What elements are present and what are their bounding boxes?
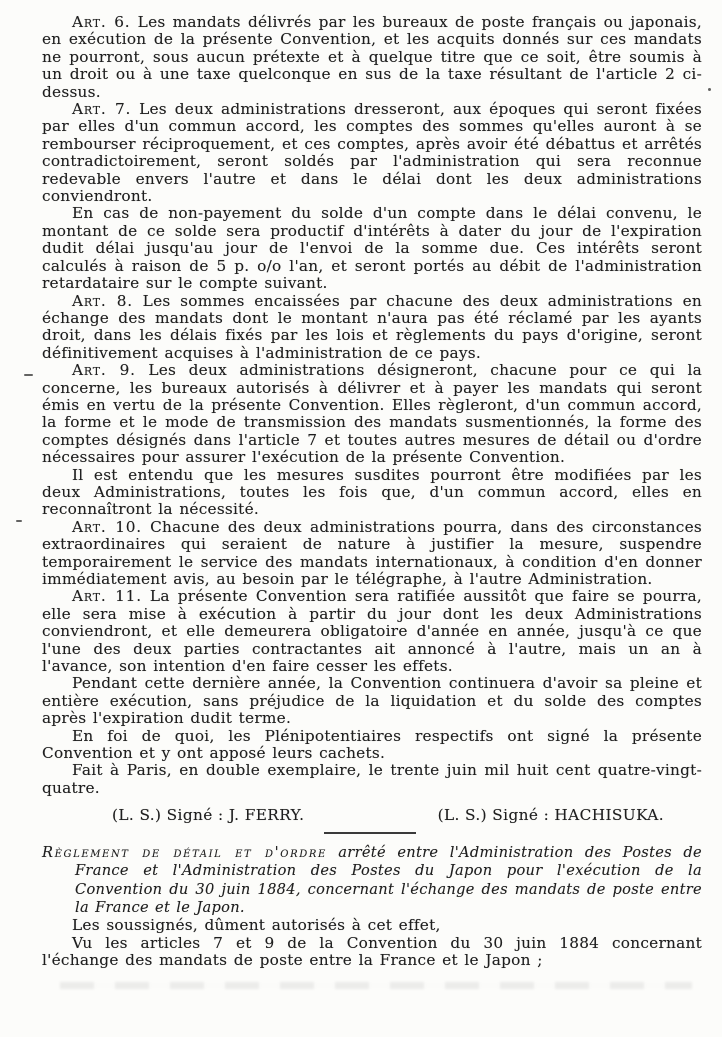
- article-6-label: Art. 6.: [72, 13, 130, 31]
- signature-row: (L. S.) Signé : J. FERRY. (L. S.) Signé …: [42, 806, 702, 824]
- paragraph-en-foi-de-quoi: En foi de quoi, les Plénipotentiaires re…: [42, 728, 702, 763]
- paragraph-art-9: Art. 9. Les deux administrations désigne…: [42, 362, 702, 466]
- article-6-text: Les mandats délivrés par les bureaux de …: [42, 13, 702, 101]
- article-9-text: Les deux administrations désigneront, ch…: [42, 361, 702, 466]
- reglement-lead-smallcaps: Règlement de détail et d'ordre: [42, 844, 327, 861]
- article-9-label: Art. 9.: [72, 361, 136, 379]
- article-11-label: Art. 11.: [72, 587, 142, 605]
- reglement-heading: Règlement de détail et d'ordre arrêté en…: [42, 844, 702, 917]
- paragraph-art-7: Art. 7. Les deux administrations dresser…: [42, 101, 702, 205]
- scan-artifact-speck: [708, 88, 711, 91]
- paragraph-vu-les-articles: Vu les articles 7 et 9 de la Convention …: [42, 935, 702, 970]
- scanned-document-page: Art. 6. Les mandats délivrés par les bur…: [0, 0, 722, 1037]
- paragraph-art-8: Art. 8. Les sommes encaissées par chacun…: [42, 293, 702, 363]
- signature-ferry: (L. S.) Signé : J. FERRY.: [112, 806, 304, 824]
- article-10-label: Art. 10.: [72, 518, 142, 536]
- article-8-label: Art. 8.: [72, 292, 133, 310]
- text-block: Art. 6. Les mandats délivrés par les bur…: [42, 14, 702, 969]
- scan-artifact-speck: [24, 374, 33, 376]
- paragraph-art-11: Art. 11. La présente Convention sera rat…: [42, 588, 702, 675]
- scan-artifact-speck: [16, 520, 22, 522]
- article-8-text: Les sommes encaissées par chacune des de…: [42, 292, 702, 362]
- paragraph-fait-a-paris: Fait à Paris, en double exemplaire, le t…: [42, 762, 702, 797]
- paragraph-modification-clause: Il est entendu que les mesures susdites …: [42, 467, 702, 519]
- paragraph-final-year-clause: Pendant cette dernière année, la Convent…: [42, 675, 702, 727]
- paragraph-les-soussignes: Les soussignés, dûment autorisés à cet e…: [42, 917, 702, 934]
- signature-hachisuka: (L. S.) Signé : HACHISUKA.: [438, 806, 664, 824]
- page-bleed-through-artifact: [60, 982, 692, 989]
- section-divider-rule: [324, 832, 416, 834]
- paragraph-art-6: Art. 6. Les mandats délivrés par les bur…: [42, 14, 702, 101]
- article-7-label: Art. 7.: [72, 100, 131, 118]
- paragraph-art-10: Art. 10. Chacune des deux administration…: [42, 519, 702, 589]
- article-7-text: Les deux administrations dresseront, aux…: [42, 100, 702, 205]
- paragraph-interest-clause: En cas de non-payement du solde d'un com…: [42, 205, 702, 292]
